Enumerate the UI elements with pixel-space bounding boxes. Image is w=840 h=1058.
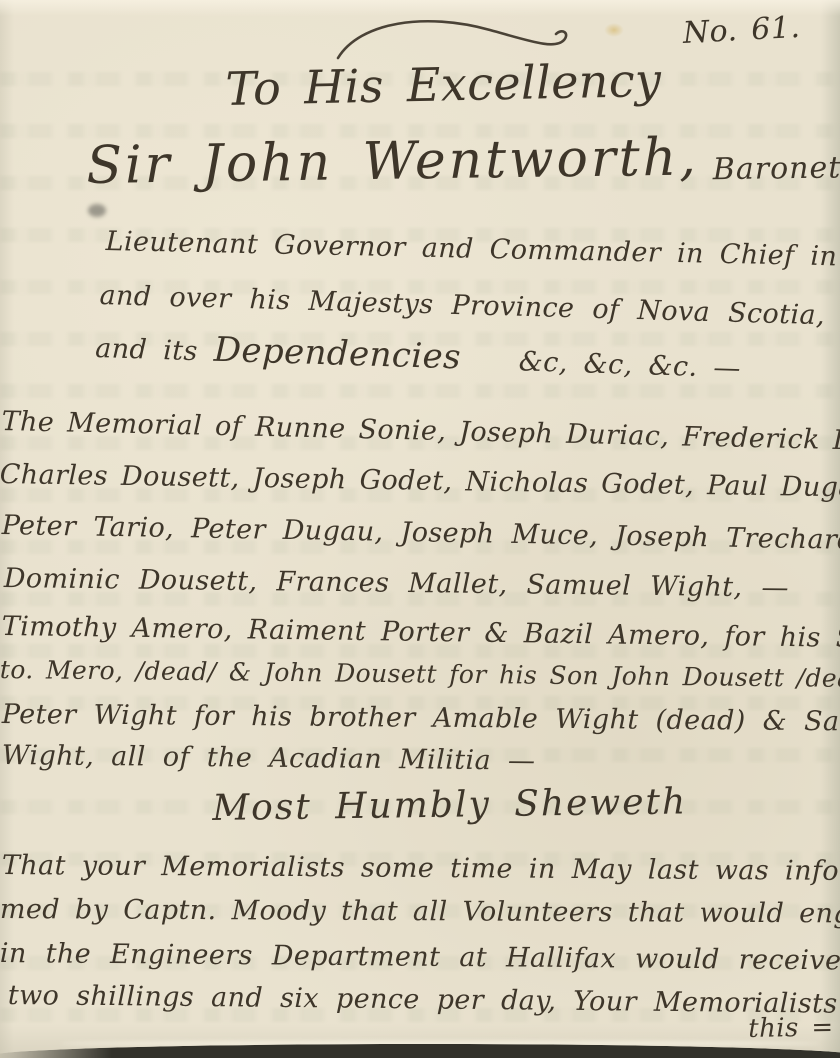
catchword: this = (748, 1013, 834, 1044)
memorial-line: Wight, all of the Acadian Militia — (2, 740, 536, 777)
ink-smudge (88, 204, 106, 217)
document-number: No. 61. (682, 10, 801, 51)
page-bottom-edge-shadow (0, 1044, 840, 1058)
address-name-line: Sir John Wentworth, Baronet (86, 125, 840, 196)
title-line3-etcetera: &c, &c, &c. — (518, 346, 741, 384)
manuscript-page: No. 61. To His Excellency Sir John Wentw… (0, 0, 840, 1058)
title-line3-word: Dependencies (213, 330, 461, 378)
petition-line: med by Captn. Moody that all Volunteers … (0, 894, 840, 930)
title-line3-pre: and its (95, 333, 198, 367)
petition-line: That your Memorialists some time in May … (2, 850, 840, 887)
addressee-name: Sir John Wentworth, (86, 127, 699, 196)
petition-heading: Most Humbly Sheweth (212, 781, 687, 829)
address-to-line: To His Excellency (225, 53, 662, 116)
addressee-name-suffix: Baronet (713, 150, 840, 187)
